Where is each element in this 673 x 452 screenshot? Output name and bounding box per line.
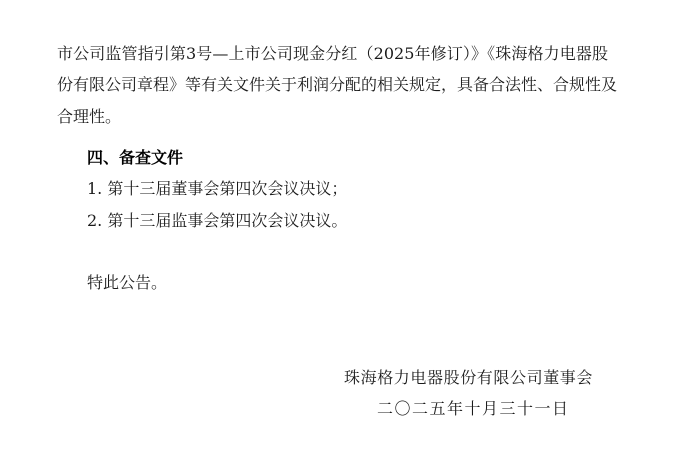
- reference-document-item-2: 2. 第十三届监事会第四次会议决议。: [87, 211, 347, 231]
- closing-statement: 特此公告。: [87, 273, 167, 293]
- signature-date: 二〇二五年十月三十一日: [377, 399, 570, 419]
- body-paragraph-line-3: 合理性。: [57, 107, 121, 127]
- body-paragraph-line-1: 市公司监管指引第3号—上市公司现金分红（2025年修订）》《珠海格力电器股: [57, 44, 608, 64]
- body-paragraph-line-2: 份有限公司章程》等有关文件关于利润分配的相关规定，具备合法性、合规性及: [57, 75, 608, 95]
- section-heading-reference-documents: 四、备查文件: [87, 148, 183, 168]
- reference-document-item-1: 1. 第十三届董事会第四次会议决议；: [87, 179, 347, 199]
- signature-issuer: 珠海格力电器股份有限公司董事会: [344, 368, 593, 388]
